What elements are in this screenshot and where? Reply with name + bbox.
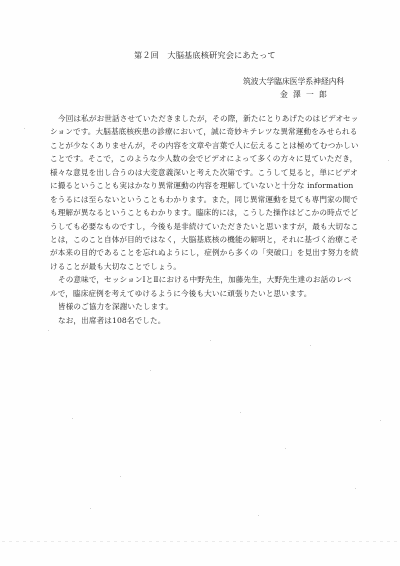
text-line: とは，このこと自体が目的ではなく，大脳基底核の機能の解明と，それに基づく治療こそ	[50, 233, 352, 246]
text-line: その意味で，セッションⅠとⅡにおける中野先生，加藤先生，大野先生達のお話のレベ	[50, 273, 352, 286]
author-affiliation: 筑波大学臨床医学系神経内科	[243, 76, 344, 87]
text-line: けることが最も大切なことでしょう。	[50, 260, 352, 273]
document-title: 第２回 大脳基底核研究会にあたって	[134, 50, 276, 61]
scan-speck	[48, 330, 49, 331]
scan-speck	[388, 160, 389, 161]
scan-speck	[258, 515, 259, 516]
text-line: ルで，臨床症例を考えてゆけるように今後も大いに頑張りたいと思います。	[50, 287, 352, 300]
text-line: 様々な意見を出し合うのは大変意義深いと考えた次第です。こうして見ると，単にビデオ	[50, 166, 352, 179]
scan-speck	[120, 476, 121, 477]
text-line: も理解が異なるということもわかります。臨床的には，こうした操作はどこかの時点でど	[50, 206, 352, 219]
scan-speck	[240, 412, 241, 413]
scan-speck	[150, 370, 151, 371]
scan-speck	[24, 128, 25, 129]
text-line: うしても必要なものですし，今後も是非続けていただきたいと思いますが，最も大切なこ	[50, 220, 352, 233]
scan-speck	[210, 340, 211, 341]
scan-speck	[72, 418, 73, 419]
text-line: なお，出席者は108名でした。	[50, 314, 352, 327]
scan-artifact-line	[2, 541, 398, 542]
text-line: ことが少なくありませんが，その内容を文章や言葉で人に伝えることは極めてむつかしい	[50, 139, 352, 152]
scan-speck	[90, 508, 91, 509]
text-line: 今回は私がお世話させていただきましたが，その際，新たにとりあげたのはビデオセッ	[50, 112, 352, 125]
text-line: ションです。大脳基底核疾患の診療において，誠に奇妙キテレツな異常運動をみせられる	[50, 125, 352, 138]
scan-speck	[380, 420, 381, 421]
author-name: 金澤一郎	[280, 89, 332, 100]
text-line: をうるには至らないということもわかります。また，同じ異常運動を見ても専門家の間で	[50, 193, 352, 206]
document-page: 第２回 大脳基底核研究会にあたって 筑波大学臨床医学系神経内科 金澤一郎 今回は…	[0, 0, 400, 566]
text-line: 皆様のご協力を深謝いたします。	[50, 300, 352, 313]
text-line: が本来の目的であることを忘れぬようにし，症例から多くの「突破口」を見出す努力を続	[50, 246, 352, 259]
scan-speck	[285, 448, 286, 449]
scan-speck	[310, 345, 311, 346]
scan-speck	[355, 488, 356, 489]
text-line: に撮るということも実はかなり異常運動の内容を理解していないと十分な inform…	[50, 179, 352, 192]
body-text: 今回は私がお世話させていただきましたが，その際，新たにとりあげたのはビデオセッ …	[50, 112, 352, 327]
text-line: ことです。そこで，このような少人数の会でビデオによって多くの方々に見ていただき，	[50, 152, 352, 165]
